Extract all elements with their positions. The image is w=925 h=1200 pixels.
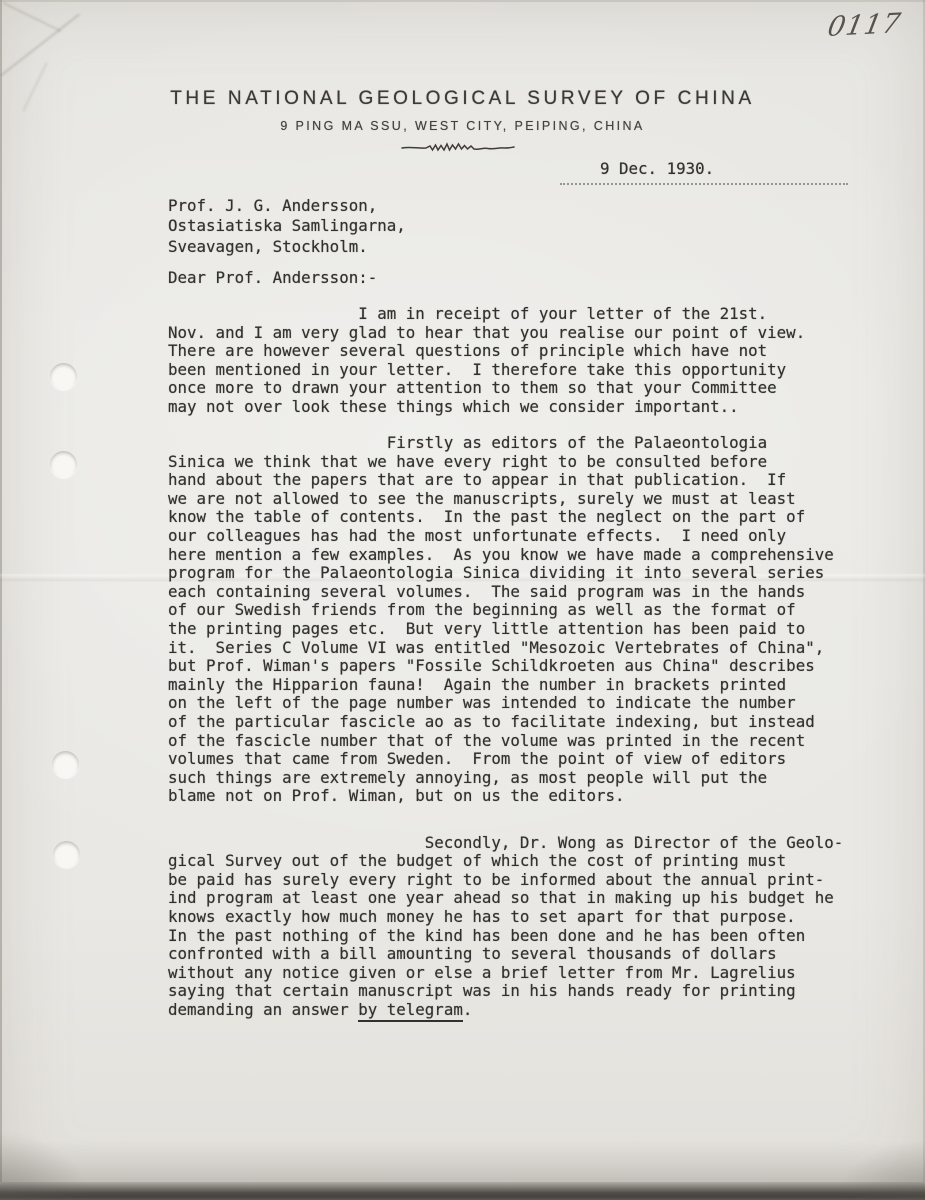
date-line: 9 Dec. 1930. [560, 157, 848, 185]
scan-bottom-edge [0, 1182, 925, 1200]
punch-hole [52, 751, 79, 778]
paper-crease [0, 13, 80, 76]
body-paragraph-3: Secondly, Dr. Wong as Director of the Ge… [168, 815, 843, 1038]
paragraph-3-period: . [463, 1000, 473, 1019]
letterhead-organization: THE NATIONAL GEOLOGICAL SURVEY OF CHINA [0, 88, 925, 110]
punch-hole [50, 363, 77, 390]
paper-bottom-shadow [0, 1141, 925, 1183]
body-paragraph-2: Firstly as editors of the Palaeontologia… [168, 434, 834, 806]
paper-corner-shadow [835, 1140, 925, 1200]
underlined-phrase: by telegram [358, 1000, 463, 1022]
punch-hole [53, 841, 80, 868]
body-paragraph-1: I am in receipt of your letter of the 21… [168, 305, 805, 417]
handwritten-archive-number: 0117 [825, 8, 904, 43]
paper-edge-left [0, 0, 2, 1200]
punch-hole [50, 451, 77, 478]
letterhead-address: 9 PING MA SSU, WEST CITY, PEIPING, CHINA [0, 119, 925, 133]
recipient-address: Prof. J. G. Andersson, Ostasiatiska Saml… [168, 196, 406, 257]
salutation: Dear Prof. Andersson:- [168, 269, 377, 288]
paragraph-3-text: Secondly, Dr. Wong as Director of the Ge… [168, 833, 843, 1019]
letterhead: THE NATIONAL GEOLOGICAL SURVEY OF CHINA … [0, 88, 925, 159]
letterhead-flourish-icon [0, 139, 925, 159]
paper-crease [3, 2, 61, 32]
date-text: 9 Dec. 1930. [600, 159, 714, 178]
scanned-letter-page: 0117 THE NATIONAL GEOLOGICAL SURVEY OF C… [0, 0, 925, 1200]
paper-corner-shadow [0, 1130, 90, 1200]
paper-edge-top [0, 0, 925, 2]
